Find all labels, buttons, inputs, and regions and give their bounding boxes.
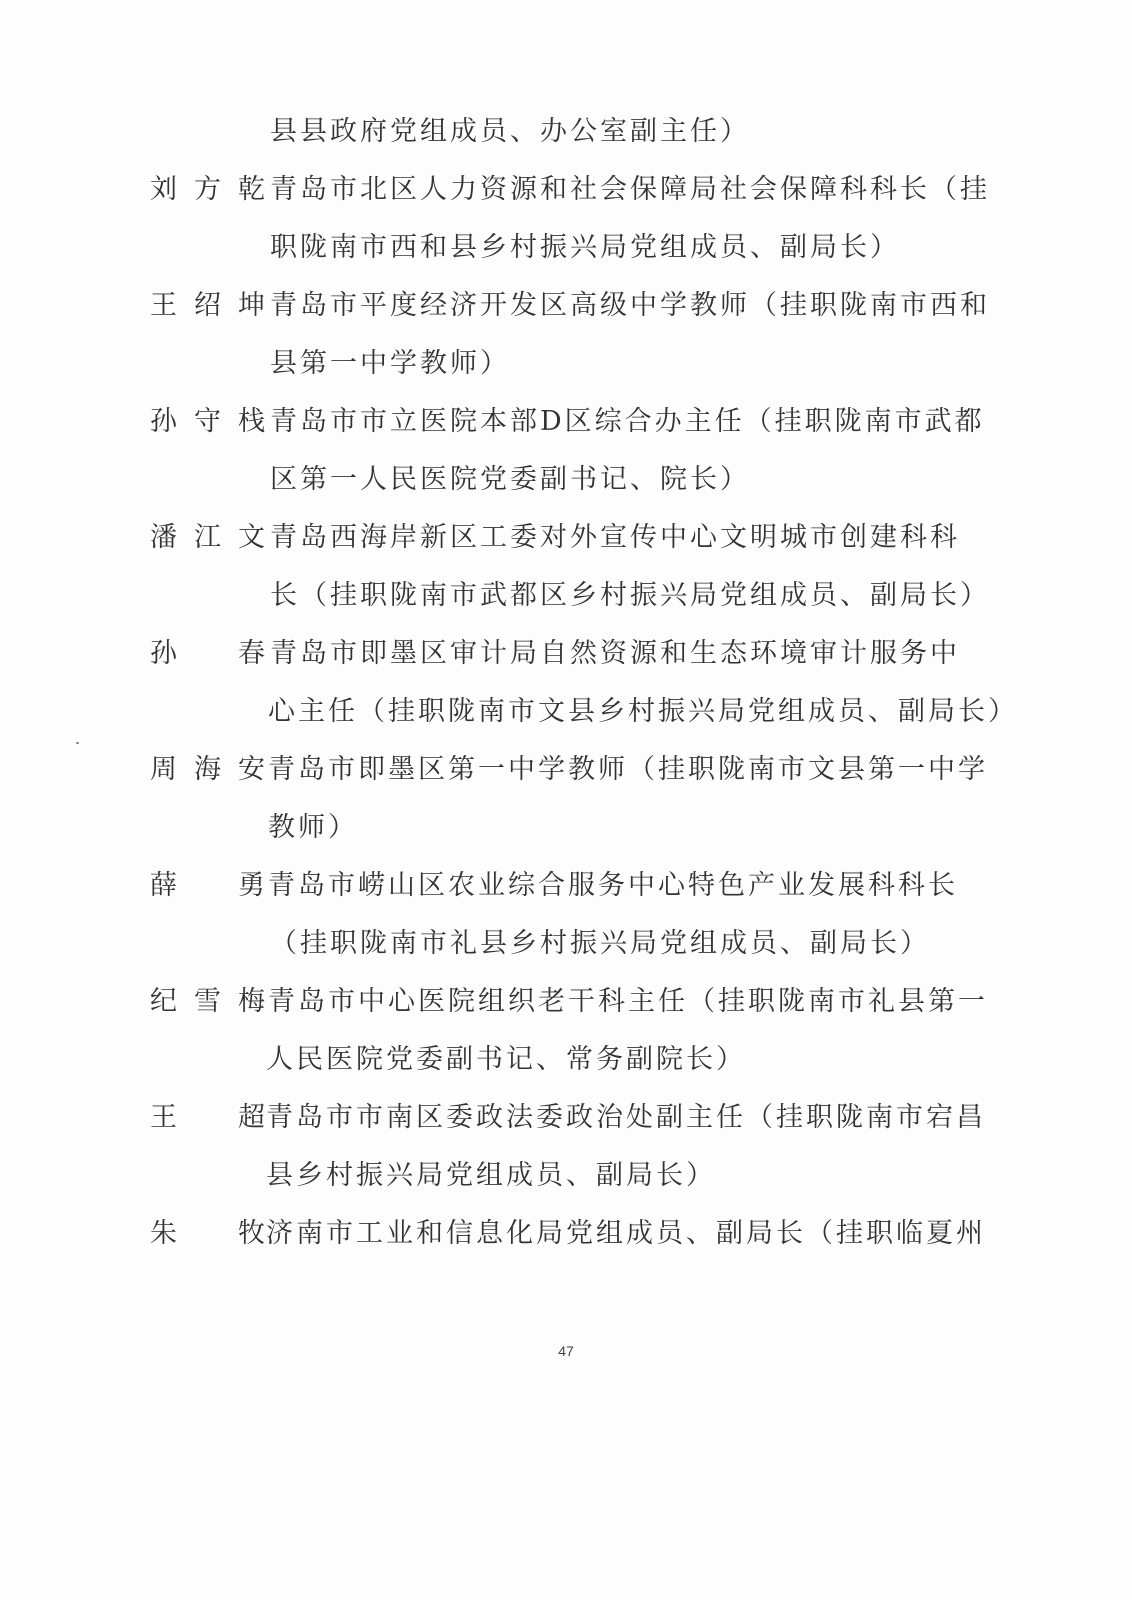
position-description-continuation: 教师） bbox=[268, 811, 358, 845]
name-char: 朱 bbox=[150, 1217, 177, 1251]
name-char: 栈 bbox=[238, 405, 265, 439]
name-char: 乾 bbox=[238, 173, 265, 207]
scan-artifact bbox=[76, 742, 79, 744]
name-char: 勇 bbox=[238, 869, 265, 903]
name-char: 纪 bbox=[150, 985, 177, 1019]
position-description: 青岛市崂山区农业综合服务中心特色产业发展科科长 bbox=[268, 869, 958, 903]
position-description-continuation: 县县政府党组成员、办公室副主任） bbox=[270, 115, 750, 149]
name-char: 周 bbox=[150, 753, 177, 787]
name-char: 梅 bbox=[238, 985, 265, 1019]
name-char: 绍 bbox=[194, 289, 221, 323]
position-description: 青岛西海岸新区工委对外宣传中心文明城市创建科科 bbox=[270, 521, 960, 555]
position-description: 青岛市市立医院本部D区综合办主任（挂职陇南市武都 bbox=[270, 405, 985, 439]
name-char: 守 bbox=[194, 405, 221, 439]
name-char: 文 bbox=[238, 521, 265, 555]
name-char: 牧 bbox=[238, 1217, 265, 1251]
name-char: 孙 bbox=[150, 405, 177, 439]
name-char: 方 bbox=[194, 173, 221, 207]
position-description-continuation: 区第一人民医院党委副书记、院长） bbox=[270, 463, 750, 497]
name-char: 江 bbox=[194, 521, 221, 555]
name-char: 王 bbox=[150, 289, 177, 323]
name-char: 安 bbox=[238, 753, 265, 787]
position-description: 青岛市即墨区审计局自然资源和生态环境审计服务中 bbox=[270, 637, 960, 671]
name-char: 孙 bbox=[150, 637, 177, 671]
position-description: 青岛市平度经济开发区高级中学教师（挂职陇南市西和 bbox=[270, 289, 990, 323]
position-description: 青岛市市南区委政法委政治处副主任（挂职陇南市宕昌 bbox=[266, 1101, 986, 1135]
name-char: 雪 bbox=[194, 985, 221, 1019]
name-char: 坤 bbox=[238, 289, 265, 323]
page-number: 47 bbox=[0, 1343, 1132, 1359]
position-description: 青岛市中心医院组织老干科主任（挂职陇南市礼县第一 bbox=[268, 985, 988, 1019]
name-char: 王 bbox=[150, 1101, 177, 1135]
name-char: 薛 bbox=[150, 869, 177, 903]
position-description-continuation: （挂职陇南市礼县乡村振兴局党组成员、副局长） bbox=[270, 927, 930, 961]
position-description-continuation: 心主任（挂职陇南市文县乡村振兴局党组成员、副局长） bbox=[268, 695, 1018, 729]
position-description-continuation: 县乡村振兴局党组成员、副局长） bbox=[266, 1159, 716, 1193]
position-description-continuation: 县第一中学教师） bbox=[270, 347, 510, 381]
document-page: 县县政府党组成员、办公室副主任）刘方乾青岛市北区人力资源和社会保障局社会保障科科… bbox=[0, 0, 1132, 1600]
position-description-continuation: 长（挂职陇南市武都区乡村振兴局党组成员、副局长） bbox=[270, 579, 990, 613]
name-char: 春 bbox=[238, 637, 265, 671]
name-char: 刘 bbox=[150, 173, 177, 207]
name-char: 超 bbox=[238, 1101, 265, 1135]
name-char: 潘 bbox=[150, 521, 177, 555]
position-description-continuation: 人民医院党委副书记、常务副院长） bbox=[266, 1043, 746, 1077]
position-description-continuation: 职陇南市西和县乡村振兴局党组成员、副局长） bbox=[270, 231, 900, 265]
position-description: 济南市工业和信息化局党组成员、副局长（挂职临夏州 bbox=[266, 1217, 986, 1251]
name-char: 海 bbox=[194, 753, 221, 787]
position-description: 青岛市北区人力资源和社会保障局社会保障科科长（挂 bbox=[270, 173, 990, 207]
position-description: 青岛市即墨区第一中学教师（挂职陇南市文县第一中学 bbox=[268, 753, 988, 787]
